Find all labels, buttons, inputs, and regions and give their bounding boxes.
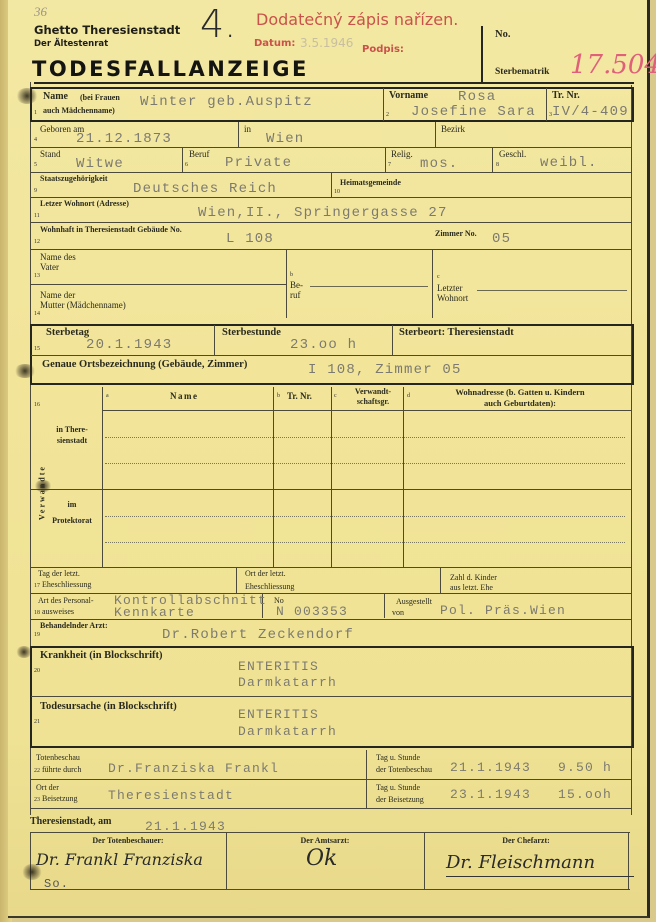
totenbeschau-datetime-field[interactable]: 21.1.1943 9.50 h (450, 760, 612, 775)
birthplace-field[interactable]: Wien (266, 131, 304, 147)
org-council: Der Ältestenrat (34, 39, 108, 49)
sterbetag-field[interactable]: 20.1.1943 (86, 337, 172, 353)
wohnort-field[interactable]: Wien,II., Springergasse 27 (198, 205, 448, 221)
name-label: Name (43, 91, 68, 102)
beruf-field[interactable]: Private (225, 155, 292, 171)
paper-stain (22, 864, 42, 880)
corner-pencil-number: 36 (34, 4, 47, 20)
ortsbezeichnung-field[interactable]: I 108, Zimmer 05 (308, 362, 462, 378)
geboren-field[interactable]: 21.12.1873 (76, 131, 172, 147)
number-label: No. (495, 29, 510, 40)
page-title: TODESFALLANZEIGE (32, 57, 309, 81)
paper-stain (34, 480, 52, 492)
krankheit-field-1[interactable]: ENTERITIS (238, 659, 319, 674)
ausweis-number-field[interactable]: N 003353 (276, 604, 348, 619)
ausgestellt-von-field[interactable]: Pol. Präs.Wien (440, 603, 566, 618)
beisetzung-ort-field[interactable]: Theresienstadt (108, 788, 234, 803)
org-name: Ghetto Theresienstadt (34, 23, 180, 37)
pencil-annotation: 4. (200, 2, 236, 46)
sterbematrik-value: 17.504 (570, 50, 656, 80)
surname-field[interactable]: Winter geb.Auspitz (140, 94, 313, 110)
totenbeschau-arzt-field[interactable]: Dr.Franziska Frankl (108, 761, 279, 776)
col-name-header: Name (170, 391, 199, 401)
relatives-side-label: Verwandte (37, 453, 46, 533)
name-box (30, 87, 634, 122)
stamp-text: Dodatečný zápis nařízen. (256, 10, 458, 29)
staatszugehoerigkeit-field[interactable]: Deutsches Reich (133, 181, 277, 197)
krankheit-field-2[interactable]: Darmkatarrh (238, 675, 337, 690)
vorname-field-line1[interactable]: Rosa (458, 89, 496, 105)
sterbestunde-field[interactable]: 23.oo h (290, 337, 357, 353)
zimmer-field[interactable]: 05 (492, 231, 511, 247)
stamp-datum-label: Datum: (254, 38, 295, 49)
signature-totenbeschauer: Dr. Frankl Franziska (36, 850, 203, 869)
vorname-field-line2[interactable]: Josefine Sara (411, 104, 536, 120)
beisetzung-datetime-field[interactable]: 23.1.1943 15.ooh (450, 787, 612, 802)
stamp-datum-value: 3.5.1946 (300, 36, 353, 50)
signature-chefarzt: Dr. Fleischmann (446, 852, 595, 873)
geschlecht-field[interactable]: weibl. (540, 155, 598, 171)
tr-nr-label: Tr. Nr. (552, 90, 580, 101)
paper-stain (14, 364, 36, 378)
religion-field[interactable]: mos. (420, 156, 458, 172)
paper-stain (16, 646, 32, 658)
todesursache-field-1[interactable]: ENTERITIS (238, 707, 319, 722)
tr-nr-field[interactable]: IV/4-409 (552, 104, 629, 120)
gebaeude-field[interactable]: L 108 (226, 231, 274, 247)
col-trnr-header: Tr. Nr. (287, 391, 312, 401)
signature-amtsarzt: Ok (306, 846, 337, 871)
sterbeort-label: Sterbeort: Theresienstadt (399, 327, 514, 338)
ausweis-type-field-2[interactable]: Kennkarte (114, 605, 195, 620)
signature-note: So. (44, 877, 69, 891)
stand-field[interactable]: Witwe (76, 156, 124, 172)
place-date-label: Theresienstadt, am (30, 816, 111, 827)
arzt-field[interactable]: Dr.Robert Zeckendorf (162, 627, 354, 643)
bezirk-label: Bezirk (441, 124, 465, 134)
vorname-label: Vorname (389, 90, 428, 101)
todesursache-field-2[interactable]: Darmkatarrh (238, 724, 337, 739)
col-address-header: Wohnadresse (b. Gatten u. Kindern (415, 388, 625, 398)
stamp-podpis-label: Podpis: (362, 44, 404, 55)
sterbematrik-label: Sterbematrik (495, 67, 549, 77)
paper-stain (16, 88, 38, 104)
